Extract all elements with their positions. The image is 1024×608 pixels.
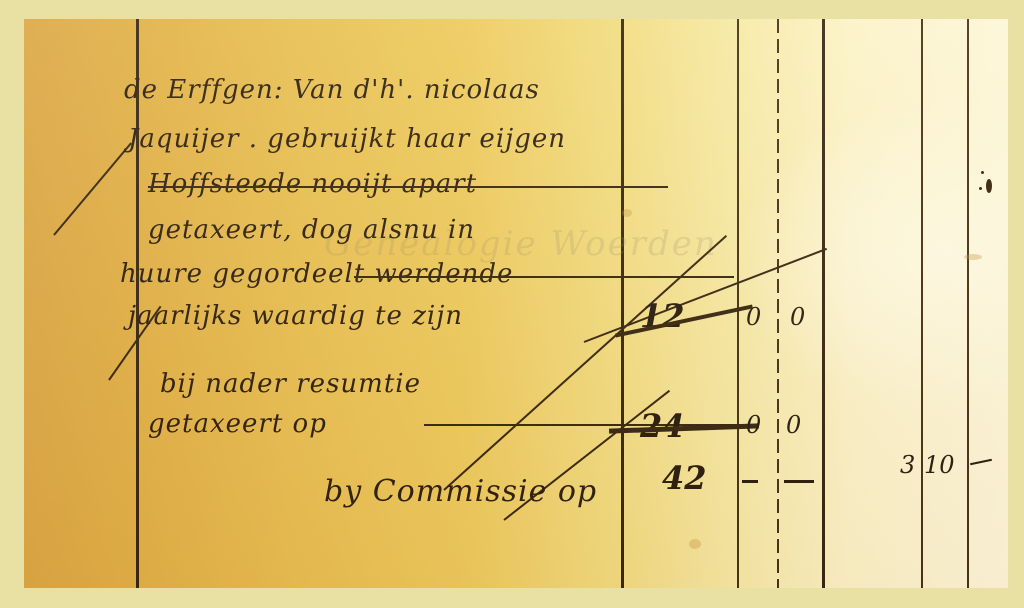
amount-row2-penningen: 0: [786, 411, 801, 439]
amount-row3-stuivers-dash: [742, 480, 758, 483]
right-column-rule-1: [921, 19, 923, 588]
entry-line-4: getaxeert, dog alsnu in: [148, 215, 475, 245]
amount-row3-guilders: 42: [662, 459, 707, 497]
flourish-stroke: [53, 142, 132, 235]
amount-row1-penningen: 0: [790, 303, 805, 331]
ink-blot: [981, 171, 984, 174]
amount-column-rule-left: [621, 19, 624, 588]
ledger-photo: Genealogie Woerden de Erffgen: Van d'h'.…: [24, 19, 1008, 588]
paper-stain: [689, 539, 701, 549]
entry-line-1: de Erffgen: Van d'h'. nicolaas: [124, 75, 540, 105]
ink-blot: [979, 187, 982, 190]
underline-rule: [354, 276, 734, 278]
entry-line-5: huure gegordeelt werdende: [120, 259, 513, 289]
paper-stain: [964, 254, 982, 260]
right-column-rule-2: [967, 19, 969, 588]
entry-line-8: getaxeert op: [148, 409, 327, 439]
entry-line-6: jaarlijks waardig te zijn: [128, 301, 463, 331]
underline-rule: [148, 186, 668, 188]
amount-column-rule-2: [737, 19, 739, 588]
amount-column-rule-3: [777, 19, 779, 588]
amount-row2-stuivers: 0: [746, 411, 761, 439]
right-column-value-a: 3: [900, 451, 915, 479]
entry-line-7: bij nader resumtie: [160, 369, 421, 399]
right-column-value-b: 10: [924, 451, 955, 479]
paper-stain: [622, 209, 632, 217]
entry-line-9: by Commissie op: [324, 474, 597, 509]
amount-row1-stuivers: 0: [746, 303, 761, 331]
ink-blot: [986, 179, 992, 193]
entry-line-3: Hoffsteede nooijt apart: [148, 169, 477, 199]
entry-line-2: Jaquijer . gebruijkt haar eijgen: [128, 124, 566, 154]
amount-column-rule-4: [822, 19, 825, 588]
amount-row3-penningen-dash: [784, 480, 814, 483]
right-column-dash: [970, 459, 992, 466]
